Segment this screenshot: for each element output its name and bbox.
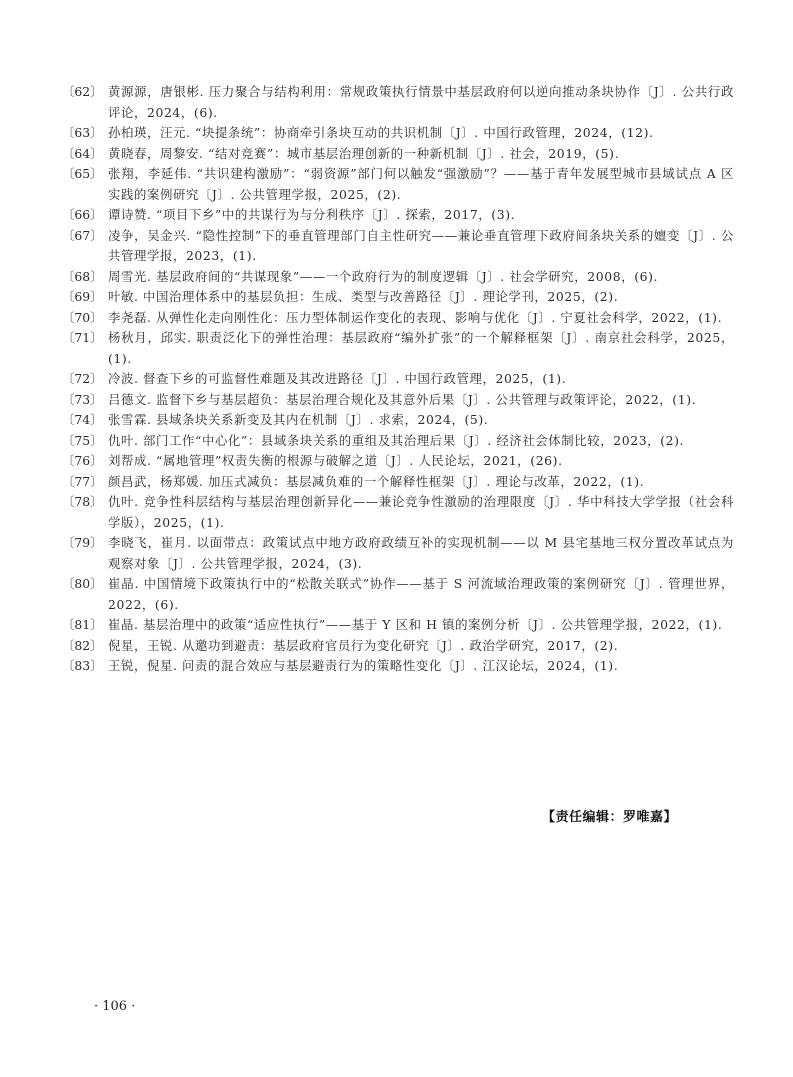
reference-number: 〔69〕 [62,287,103,308]
reference-item: 〔73〕吕德文. 监督下乡与基层超负：基层治理合规化及其意外后果〔J〕. 公共管… [62,390,734,411]
reference-list: 〔62〕黄源源，唐银彬. 压力聚合与结构利用：常规政策执行情景中基层政府何以逆向… [62,82,734,677]
reference-number: 〔77〕 [62,472,103,493]
reference-text: 崔晶. 基层治理中的政策“适应性执行”——基于 Y 区和 H 镇的案例分析〔J〕… [108,617,722,632]
reference-text: 孙柏瑛，汪元. “块提条统”：协商牵引条块互动的共识机制〔J〕. 中国行政管理，… [108,125,654,140]
reference-item: 〔79〕李晓飞，崔月. 以面带点：政策试点中地方政府政绩互补的实现机制——以 M… [62,533,734,574]
reference-item: 〔68〕周雪光. 基层政府间的“共谋现象”——一个政府行为的制度逻辑〔J〕. 社… [62,267,734,288]
reference-item: 〔62〕黄源源，唐银彬. 压力聚合与结构利用：常规政策执行情景中基层政府何以逆向… [62,82,734,123]
reference-item: 〔76〕刘帮成. “属地管理”权责失衡的根源与破解之道〔J〕. 人民论坛，202… [62,451,734,472]
reference-text: 仇叶. 部门工作“中心化”：县域条块关系的重组及其治理后果〔J〕. 经济社会体制… [108,433,684,448]
reference-number: 〔73〕 [62,390,103,411]
reference-text: 冷波. 督查下乡的可监督性难题及其改进路径〔J〕. 中国行政管理，2025，(1… [108,371,566,386]
reference-number: 〔67〕 [62,226,103,247]
reference-number: 〔65〕 [62,164,103,185]
reference-item: 〔80〕崔晶. 中国情境下政策执行中的“松散关联式”协作——基于 S 河流域治理… [62,574,734,615]
reference-number: 〔71〕 [62,328,103,349]
reference-item: 〔67〕凌争，吴金兴. “隐性控制”下的垂直管理部门自主性研究——兼论垂直管理下… [62,226,734,267]
reference-number: 〔80〕 [62,574,103,595]
reference-number: 〔63〕 [62,123,103,144]
reference-text: 吕德文. 监督下乡与基层超负：基层治理合规化及其意外后果〔J〕. 公共管理与政策… [108,392,696,407]
reference-item: 〔82〕倪星，王锐. 从邀功到避责：基层政府官员行为变化研究〔J〕. 政治学研究… [62,636,734,657]
reference-number: 〔72〕 [62,369,103,390]
reference-text: 颜昌武，杨郑媛. 加压式减负：基层减负难的一个解释性框架〔J〕. 理论与改革，2… [108,474,644,489]
reference-text: 谭诗赞. “项目下乡”中的共谋行为与分利秩序〔J〕. 探索，2017，(3). [108,207,515,222]
reference-text: 李尧磊. 从弹性化走向刚性化：压力型体制运作变化的表现、影响与优化〔J〕. 宁夏… [108,310,722,325]
reference-number: 〔75〕 [62,431,103,452]
reference-text: 叶敏. 中国治理体系中的基层负担：生成、类型与改善路径〔J〕. 理论学刊，202… [108,289,618,304]
reference-item: 〔63〕孙柏瑛，汪元. “块提条统”：协商牵引条块互动的共识机制〔J〕. 中国行… [62,123,734,144]
reference-number: 〔62〕 [62,82,103,103]
reference-text: 倪星，王锐. 从邀功到避责：基层政府官员行为变化研究〔J〕. 政治学研究，201… [108,638,618,653]
reference-number: 〔70〕 [62,308,103,329]
reference-item: 〔64〕黄晓春，周黎安. “结对竞赛”：城市基层治理创新的一种新机制〔J〕. 社… [62,144,734,165]
reference-item: 〔71〕杨秋月，邱实. 职责泛化下的弹性治理：基层政府“编外扩张”的一个解释框架… [62,328,734,369]
reference-number: 〔79〕 [62,533,103,554]
reference-item: 〔83〕王锐，倪星. 问责的混合效应与基层避责行为的策略性变化〔J〕. 江汉论坛… [62,656,734,677]
reference-item: 〔70〕李尧磊. 从弹性化走向刚性化：压力型体制运作变化的表现、影响与优化〔J〕… [62,308,734,329]
reference-item: 〔69〕叶敏. 中国治理体系中的基层负担：生成、类型与改善路径〔J〕. 理论学刊… [62,287,734,308]
reference-text: 凌争，吴金兴. “隐性控制”下的垂直管理部门自主性研究——兼论垂直管理下政府间条… [108,228,734,264]
reference-text: 黄源源，唐银彬. 压力聚合与结构利用：常规政策执行情景中基层政府何以逆向推动条块… [108,84,734,120]
reference-number: 〔74〕 [62,410,103,431]
reference-text: 周雪光. 基层政府间的“共谋现象”——一个政府行为的制度逻辑〔J〕. 社会学研究… [108,269,658,284]
reference-text: 崔晶. 中国情境下政策执行中的“松散关联式”协作——基于 S 河流域治理政策的案… [108,576,734,612]
reference-item: 〔66〕谭诗赞. “项目下乡”中的共谋行为与分利秩序〔J〕. 探索，2017，(… [62,205,734,226]
reference-number: 〔82〕 [62,636,103,657]
reference-item: 〔78〕仇叶. 竞争性科层结构与基层治理创新异化——兼论竞争性激励的治理限度〔J… [62,492,734,533]
reference-item: 〔72〕冷波. 督查下乡的可监督性难题及其改进路径〔J〕. 中国行政管理，202… [62,369,734,390]
responsible-editor: 【责任编辑：罗唯嘉】 [542,806,677,825]
reference-number: 〔81〕 [62,615,103,636]
reference-item: 〔81〕崔晶. 基层治理中的政策“适应性执行”——基于 Y 区和 H 镇的案例分… [62,615,734,636]
reference-text: 王锐，倪星. 问责的混合效应与基层避责行为的策略性变化〔J〕. 江汉论坛，202… [108,658,618,673]
reference-item: 〔65〕张翔，李延伟. “共识建构激励”：“弱资源”部门何以触发“强激励”？——… [62,164,734,205]
reference-number: 〔68〕 [62,267,103,288]
reference-number: 〔78〕 [62,492,103,513]
reference-text: 李晓飞，崔月. 以面带点：政策试点中地方政府政绩互补的实现机制——以 M 县宅基… [108,535,734,571]
reference-number: 〔83〕 [62,656,103,677]
reference-text: 仇叶. 竞争性科层结构与基层治理创新异化——兼论竞争性激励的治理限度〔J〕. 华… [108,494,734,530]
reference-text: 张雪霖. 县域条块关系新变及其内在机制〔J〕. 求索，2024，(5). [108,412,488,427]
reference-text: 刘帮成. “属地管理”权责失衡的根源与破解之道〔J〕. 人民论坛，2021，(2… [108,453,563,468]
reference-number: 〔76〕 [62,451,103,472]
reference-text: 杨秋月，邱实. 职责泛化下的弹性治理：基层政府“编外扩张”的一个解释框架〔J〕.… [108,330,734,366]
reference-number: 〔66〕 [62,205,103,226]
reference-item: 〔77〕颜昌武，杨郑媛. 加压式减负：基层减负难的一个解释性框架〔J〕. 理论与… [62,472,734,493]
reference-number: 〔64〕 [62,144,103,165]
reference-item: 〔75〕仇叶. 部门工作“中心化”：县域条块关系的重组及其治理后果〔J〕. 经济… [62,431,734,452]
reference-item: 〔74〕张雪霖. 县域条块关系新变及其内在机制〔J〕. 求索，2024，(5). [62,410,734,431]
reference-text: 黄晓春，周黎安. “结对竞赛”：城市基层治理创新的一种新机制〔J〕. 社会，20… [108,146,619,161]
reference-text: 张翔，李延伟. “共识建构激励”：“弱资源”部门何以触发“强激励”？——基于青年… [108,166,734,202]
page-number: · 106 · [94,999,135,1014]
